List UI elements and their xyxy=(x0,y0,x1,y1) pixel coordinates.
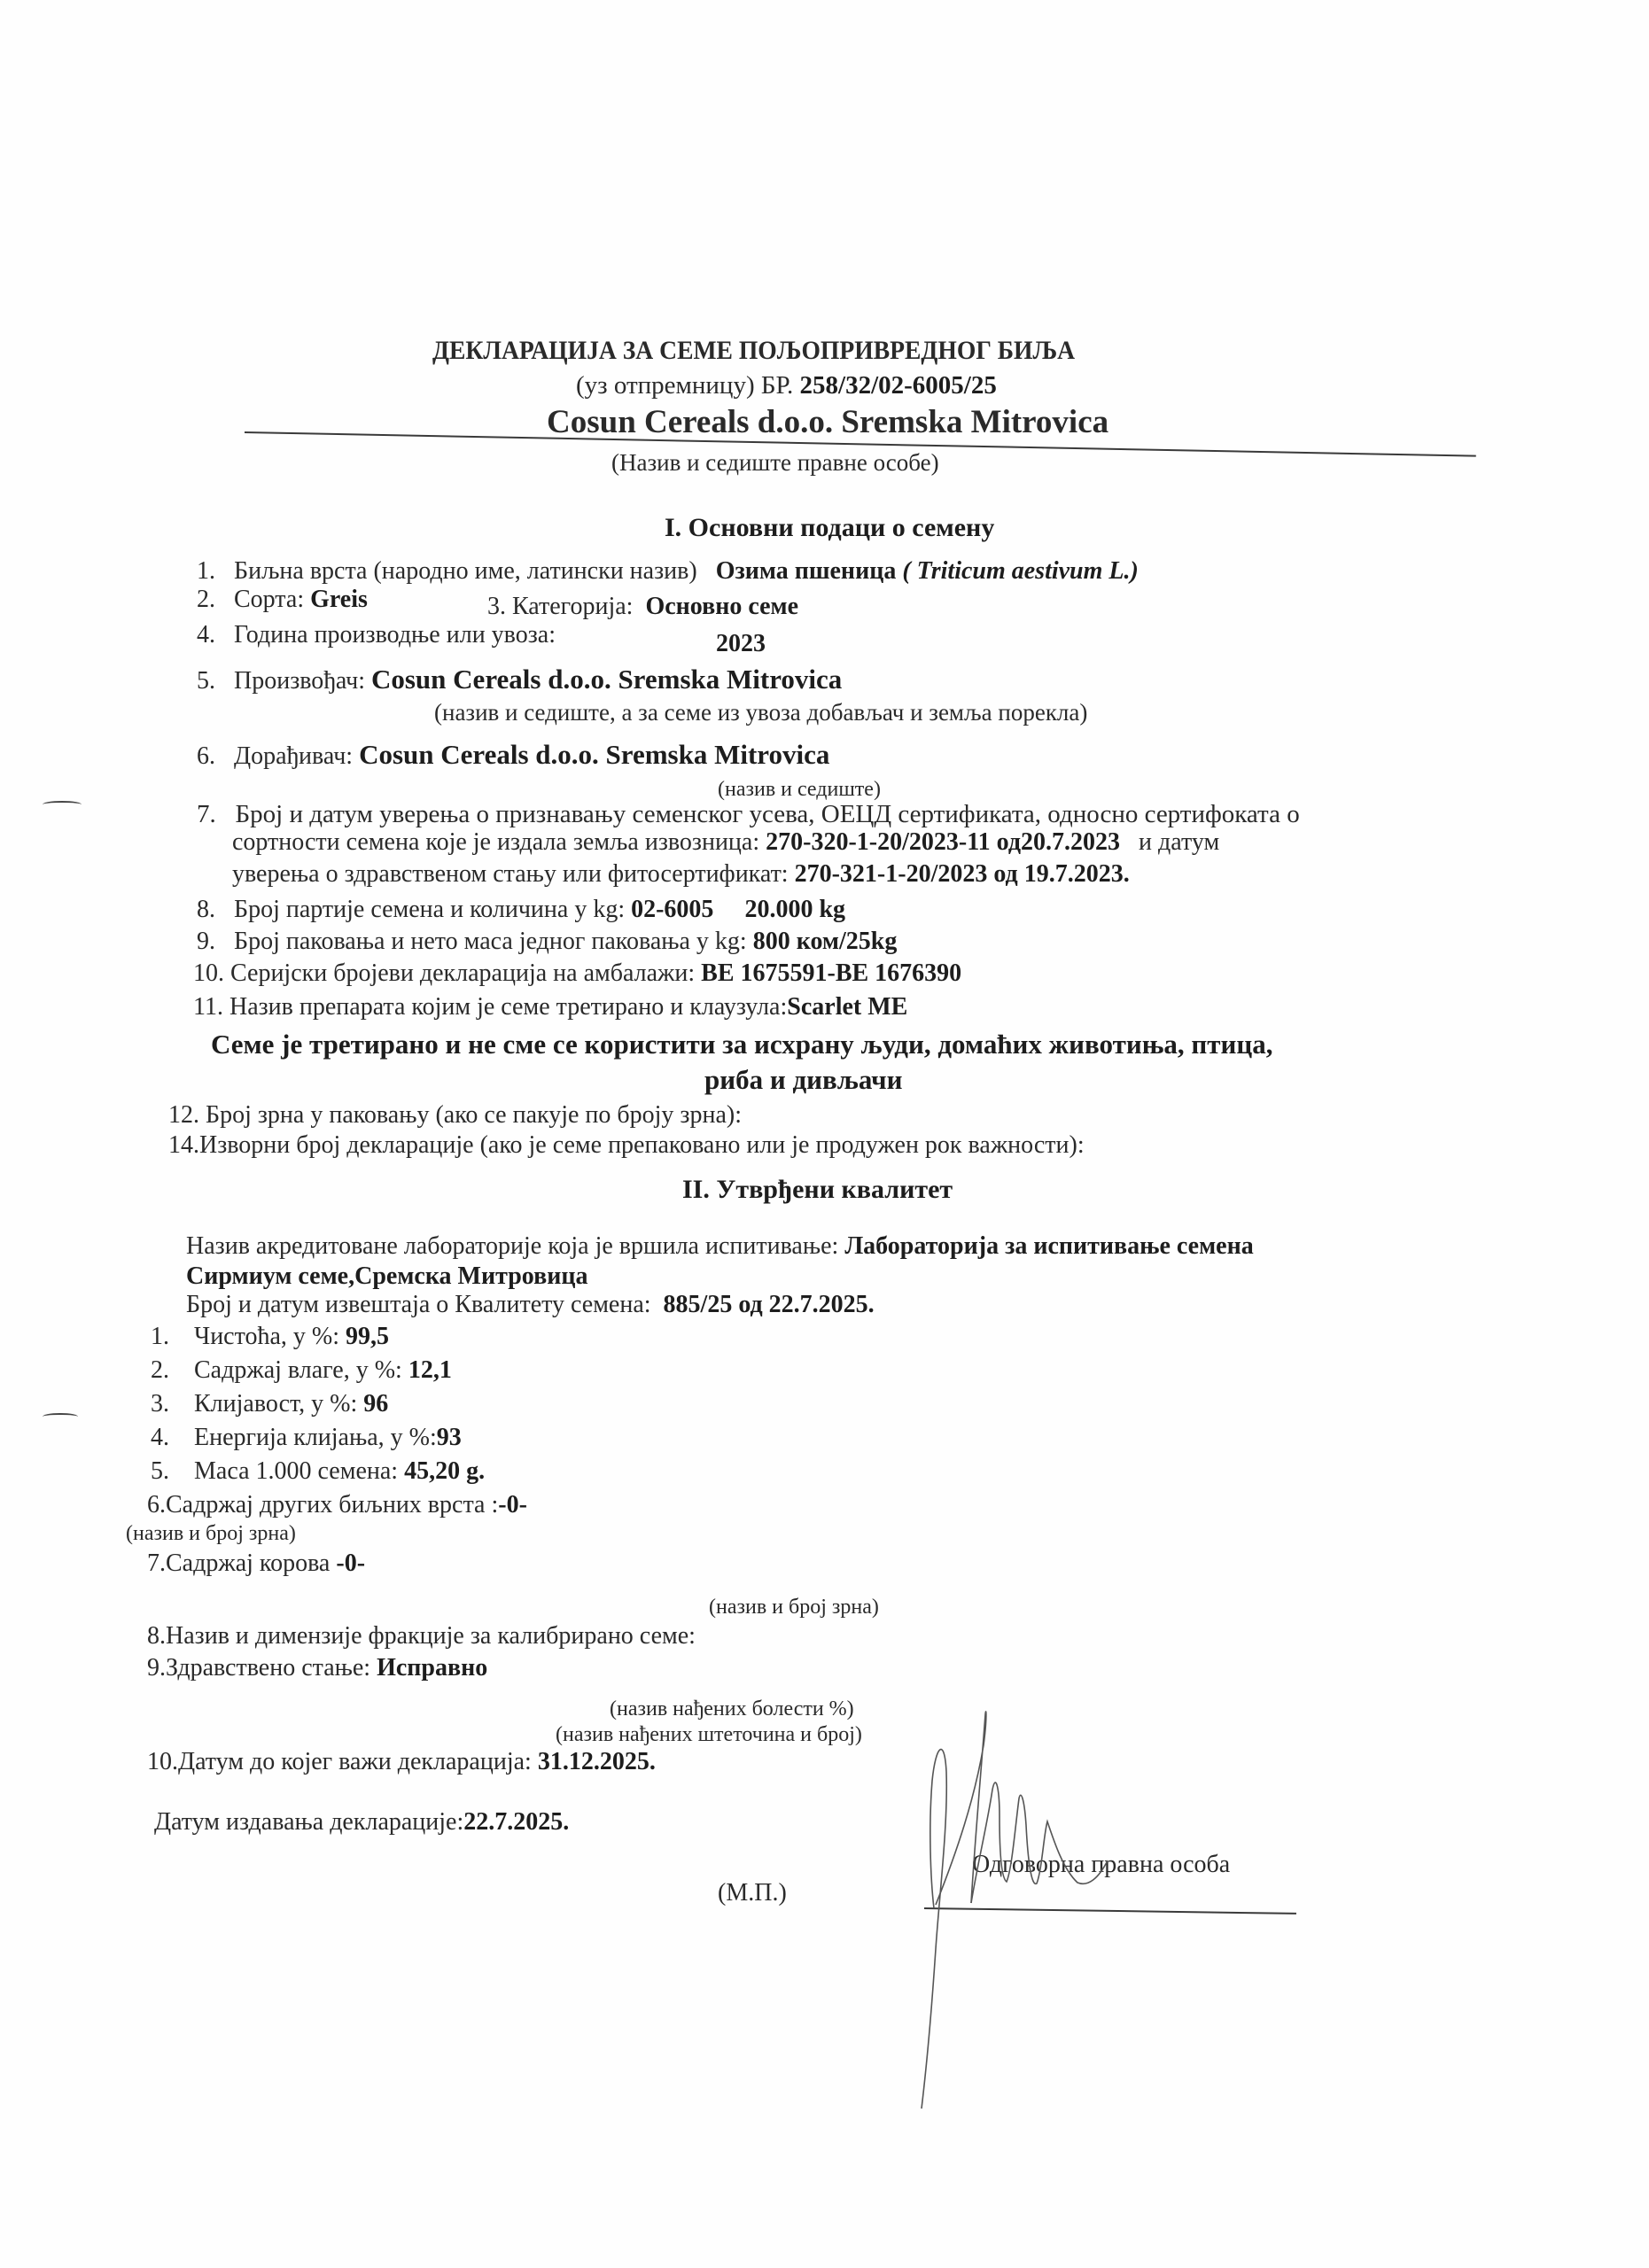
processor: Cosun Cereals d.o.o. Sremska Mitrovica xyxy=(359,739,829,770)
thousand-seed-mass-value: 45,20 g. xyxy=(404,1457,485,1485)
lab-name-part1: Лабораторија за испитивање семена xyxy=(844,1232,1253,1260)
document-title: ДЕКЛАРАЦИЈА ЗА СЕМЕ ПОЉОПРИВРЕДНОГ БИЉА xyxy=(432,335,1075,367)
section1-heading: I. Основни подаци о семену xyxy=(665,512,994,544)
item-9: 9. Број паковања и нето маса једног пако… xyxy=(197,927,897,957)
margin-mark xyxy=(43,1413,78,1420)
other-species-value: -0- xyxy=(498,1491,527,1518)
moisture-value: 12,1 xyxy=(408,1356,452,1384)
health-value: Исправно xyxy=(377,1654,487,1682)
diseases-caption: (назив нађених болести %) xyxy=(610,1697,854,1722)
serial-numbers: BE 1675591-BE 1676390 xyxy=(701,959,961,987)
metric-row-5: 5. Маса 1.000 семена: 45,20 g. xyxy=(151,1456,485,1487)
item-1: 1. Биљна врста (народно име, латински на… xyxy=(197,556,1139,586)
report-line: Број и датум извештаја о Квалитету семен… xyxy=(186,1290,875,1320)
validity-line: 10.Датум до којег важи декларација: 31.1… xyxy=(147,1747,656,1777)
quantity: 20.000 kg xyxy=(744,896,845,923)
metric-row-3: 3. Клијавост, у %: 96 xyxy=(151,1389,388,1419)
subtitle-prefix: (уз отпремницу) БР. xyxy=(576,371,793,400)
other-species-caption: (назив и број зрна) xyxy=(126,1521,296,1547)
purity-value: 99,5 xyxy=(346,1323,389,1350)
lot-number: 02-6005 xyxy=(631,896,713,923)
category: Основно семе xyxy=(645,593,798,620)
issue-date: 22.7.2025. xyxy=(463,1808,569,1836)
producer: Cosun Cereals d.o.o. Sremska Mitrovica xyxy=(371,664,842,695)
item-6: 6. Дорађивач: Cosun Cereals d.o.o. Srems… xyxy=(197,738,829,772)
certificate-number: 270-320-1-20/2023-11 од20.7.2023 xyxy=(766,828,1120,856)
item-12: 12. Број зрна у паковању (ако се пакује … xyxy=(168,1100,742,1130)
company-name: Cosun Cereals d.o.o. Sremska Mitrovica xyxy=(547,403,1108,442)
metric-row-1: 1. Чистоћа, у %: 99,5 xyxy=(151,1322,389,1352)
item-10: 10. Серијски бројеви декларација на амба… xyxy=(193,959,961,989)
margin-mark xyxy=(43,801,82,808)
latin-name: ( Triticum aestivum L.) xyxy=(902,557,1139,585)
signature-line xyxy=(924,1907,1296,1915)
treatment-warning-line1: Семе је третирано и не сме се користити … xyxy=(211,1028,1272,1060)
plant-species: Озима пшеница xyxy=(716,557,897,585)
document-number: 258/32/02-6005/25 xyxy=(800,371,997,400)
lab-name-part2: Сирмиум семе,Сремска Митровица xyxy=(186,1262,587,1292)
package-count: 800 ком/25kg xyxy=(753,928,898,955)
item-3: 3. Категорија: Основно семе xyxy=(487,592,798,622)
validity-date: 31.12.2025. xyxy=(538,1748,656,1775)
metric-row-4: 4. Енергија клијања, у %:93 xyxy=(151,1423,462,1453)
item-7-line1: 7. Број и датум уверења о признавању сем… xyxy=(197,799,1300,830)
item-8: 8. Број партије семена и количина у kg: … xyxy=(197,895,845,925)
item-11: 11. Назив препарата којим је семе третир… xyxy=(193,992,907,1022)
treatment-warning-line2: риба и дивљачи xyxy=(704,1063,903,1096)
weeds-value: -0- xyxy=(336,1550,365,1577)
company-caption: (Назив и седиште правне особе) xyxy=(611,448,939,477)
calibration-line: 8.Назив и димензије фракције за калибрир… xyxy=(147,1621,696,1651)
metric-row-2: 2. Садржај влаге, у %: 12,1 xyxy=(151,1355,452,1386)
other-species-line: 6.Садржај других биљних врста :-0- xyxy=(147,1490,527,1520)
variety: Greis xyxy=(310,586,368,613)
section2-heading: II. Утврђени квалитет xyxy=(682,1174,953,1206)
report-number: 885/25 од 22.7.2025. xyxy=(664,1291,875,1318)
item-2-3: 2. Сорта: Greis xyxy=(197,585,368,615)
lab-line: Назив акредитоване лабораторије која је … xyxy=(186,1231,1254,1262)
stamp-placeholder: (М.П.) xyxy=(718,1878,787,1908)
item-5-caption: (назив и седиште, а за семе из увоза доб… xyxy=(434,698,1087,726)
weeds-caption: (назив и број зрна) xyxy=(709,1595,879,1620)
document-subtitle: (уз отпремницу) БР. 258/32/02-6005/25 xyxy=(576,370,997,401)
treatment-product: Scarlet ME xyxy=(787,993,907,1021)
production-year: 2023 xyxy=(716,629,766,659)
health-line: 9.Здравствено стање: Исправно xyxy=(147,1653,487,1683)
item-5: 5. Произвођач: Cosun Cereals d.o.o. Srem… xyxy=(197,663,842,696)
germination-value: 96 xyxy=(363,1390,388,1417)
declaration-page: ДЕКЛАРАЦИЈА ЗА СЕМЕ ПОЉОПРИВРЕДНОГ БИЉА … xyxy=(0,0,1649,2268)
item-7-line3: уверења о здравственом стању или фитосер… xyxy=(232,859,1130,889)
item-4: 4. Година производње или увоза: xyxy=(197,620,556,650)
germination-energy-value: 93 xyxy=(437,1424,462,1451)
signatory-label: Одговорна правна особа xyxy=(972,1850,1230,1880)
item-7-line2: сортности семена које је издала земља из… xyxy=(232,827,1219,858)
issue-date-line: Датум издавања декларације:22.7.2025. xyxy=(154,1807,569,1837)
item-14: 14.Изворни број декларације (ако је семе… xyxy=(168,1130,1085,1161)
pests-caption: (назив нађених штеточина и број) xyxy=(556,1722,862,1748)
phyto-certificate: 270-321-1-20/2023 од 19.7.2023. xyxy=(795,860,1130,888)
weeds-line: 7.Садржај корова -0- xyxy=(147,1549,365,1579)
